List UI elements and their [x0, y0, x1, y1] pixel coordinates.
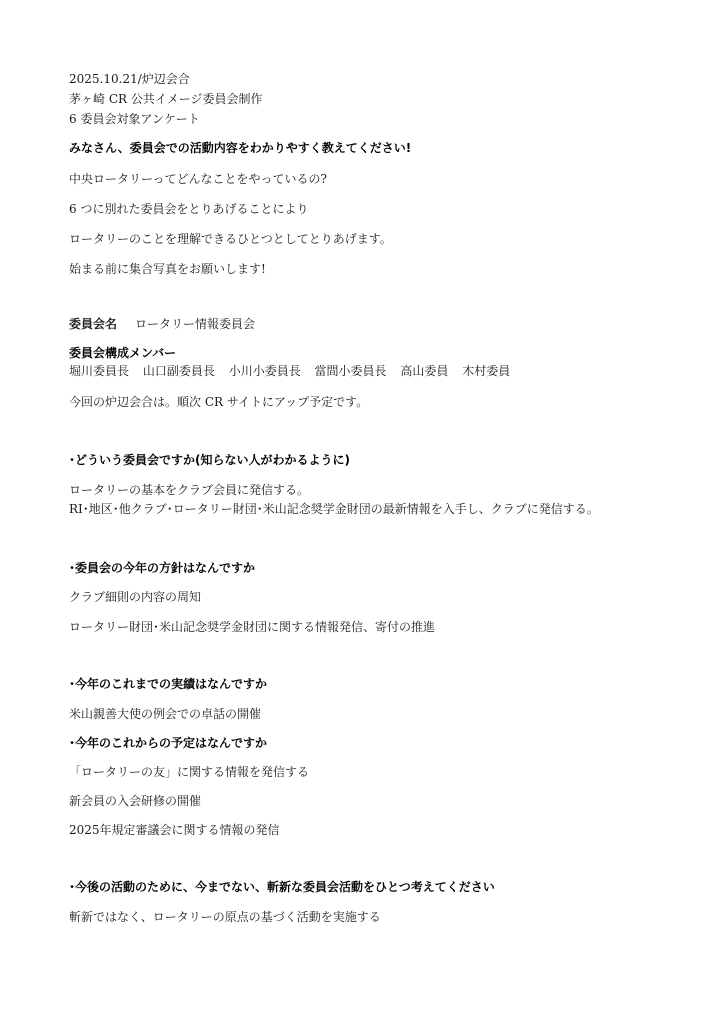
committee-members-list: 堀川委員長 山口副委員長 小川小委員長 當間小委員長 高山委員 木村委員	[69, 363, 510, 379]
answer-text: ロータリー財団･米山記念奨学金財団に関する情報発信、寄付の推進	[69, 619, 435, 635]
member: 當間小委員長	[315, 364, 387, 378]
intro-paragraph: 始まる前に集合写真をお願いします!	[69, 261, 266, 277]
committee-name-row: 委員会名ロータリー情報委員会	[69, 316, 255, 332]
question-heading: ･今年のこれまでの実績はなんですか	[69, 676, 267, 692]
member: 山口副委員長	[143, 364, 215, 378]
intro-paragraph: 中央ロータリーってどんなことをやっているの?	[69, 171, 327, 187]
producer-line: 茅ヶ崎 CR 公共イメージ委員会制作	[69, 91, 263, 107]
date-line: 2025.10.21/炉辺会合	[69, 71, 190, 87]
intro-heading: みなさん、委員会での活動内容をわかりやすく教えてください!	[69, 140, 411, 156]
member: 木村委員	[462, 364, 510, 378]
answer-text: 「ロータリーの友」に関する情報を発信する	[69, 764, 309, 780]
committee-members-label: 委員会構成メンバー	[69, 345, 176, 361]
intro-paragraph: 6 つに別れた委員会をとりあげることにより	[69, 201, 308, 217]
member: 高山委員	[400, 364, 448, 378]
survey-line: 6 委員会対象アンケート	[69, 111, 200, 127]
question-heading: ･どういう委員会ですか(知らない人がわかるように)	[69, 452, 350, 468]
member: 小川小委員長	[229, 364, 301, 378]
answer-text: 斬新ではなく、ロータリーの原点の基づく活動を実施する	[69, 909, 381, 925]
answer-text: 米山親善大使の例会での卓話の開催	[69, 706, 261, 722]
question-heading: ･今年のこれからの予定はなんですか	[69, 735, 267, 751]
committee-name-value: ロータリー情報委員会	[135, 317, 255, 331]
answer-text: ロータリーの基本をクラブ会員に発信する。	[69, 482, 309, 498]
committee-name-label: 委員会名	[69, 317, 117, 331]
question-heading: ･委員会の今年の方針はなんですか	[69, 560, 255, 576]
answer-text: 新会員の入会研修の開催	[69, 793, 201, 809]
answer-text: 2025年規定審議会に関する情報の発信	[69, 822, 280, 838]
intro-paragraph: ロータリーのことを理解できるひとつとしてとりあげます。	[69, 231, 392, 247]
answer-text: RI･地区･他クラブ･ロータリー財団･米山記念奨学金財団の最新情報を入手し、クラ…	[69, 501, 599, 517]
question-heading: ･今後の活動のために、今までない、斬新な委員会活動をひとつ考えてください	[69, 879, 495, 895]
committee-note: 今回の炉辺会合は。順次 CR サイトにアップ予定です。	[69, 394, 368, 410]
member: 堀川委員長	[69, 364, 129, 378]
answer-text: クラブ細則の内容の周知	[69, 589, 201, 605]
